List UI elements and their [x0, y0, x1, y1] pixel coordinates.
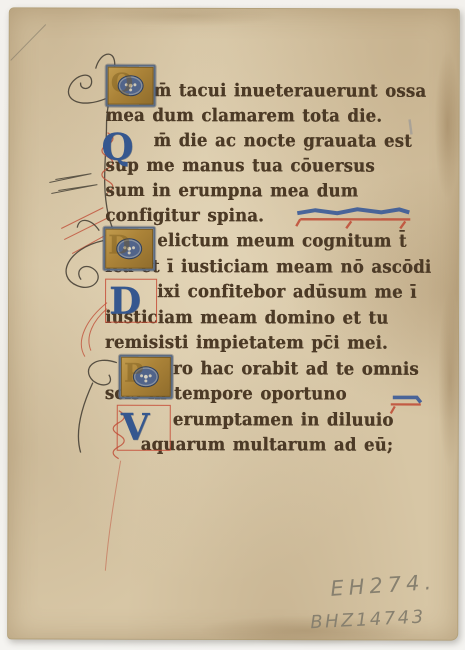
- margin-pen-strokes: [49, 174, 97, 194]
- illuminated-initial-gold-panel-P: P: [119, 355, 173, 399]
- line-filler-red-2: [391, 404, 421, 413]
- manuscript-text-line: ixi confitebor adūsum me ī: [157, 280, 417, 304]
- illuminated-initial-filigree-V: V: [121, 407, 167, 449]
- illuminated-initial-gold-panel-Q: Q: [106, 65, 156, 107]
- initial-letter: V: [121, 407, 167, 447]
- parchment-stain: [434, 50, 460, 200]
- black-cadel-flourish-bottom: [78, 360, 117, 452]
- initial-letter: Q: [111, 67, 134, 101]
- photo-background: m̄ tacui inueterauerunt ossa mea dum cla…: [0, 0, 465, 650]
- initial-letter: D: [109, 281, 153, 321]
- manuscript-text-line: erumptamen in diluuio: [173, 408, 394, 432]
- parchment-stain: [100, 5, 280, 27]
- initial-letter: D: [108, 229, 131, 263]
- pencil-annotation-number: BHZ14743: [310, 606, 426, 633]
- manuscript-text-line: m̄ die ac nocte grauata est: [153, 129, 411, 153]
- illuminated-initial-filigree-Q: Q: [101, 127, 149, 167]
- illuminated-initial-filigree-D: D: [109, 281, 153, 321]
- illuminated-initial-gold-panel-D: D: [103, 227, 155, 271]
- red-filigree-tail-1: [81, 303, 107, 357]
- manuscript-text-line: configitur spina.: [105, 204, 264, 228]
- pencil-annotation-shelfmark: EH274.: [330, 570, 437, 601]
- line-filler-red-1: [296, 219, 410, 228]
- manuscript-text-line: ro hac orabit ad te omnis: [173, 357, 419, 381]
- manuscript-text-line: elictum meum cognitum t̄: [157, 229, 407, 253]
- manuscript-text-line: sum in erumpna mea dum: [105, 179, 358, 203]
- line-filler-blue-1: [297, 209, 409, 213]
- black-loop-flourish: [66, 220, 103, 287]
- parchment-stain: [438, 290, 462, 470]
- manuscript-text-line: mea dum clamarem tota die.: [106, 104, 383, 128]
- manuscript-text-line: m̄ tacui inueterauerunt ossa: [154, 79, 427, 103]
- line-filler-blue-2: [393, 397, 421, 402]
- manuscript-leaf: m̄ tacui inueterauerunt ossa mea dum cla…: [7, 7, 460, 640]
- manuscript-text-line: remisisti impietatem pc̄i mei.: [105, 331, 388, 356]
- faint-scratch-line: [11, 24, 46, 60]
- initial-letter: P: [124, 357, 144, 391]
- initial-letter: Q: [101, 127, 149, 167]
- manuscript-text-line: aquarum multarum ad eū;: [141, 433, 393, 457]
- red-ruling-tail: [105, 461, 120, 571]
